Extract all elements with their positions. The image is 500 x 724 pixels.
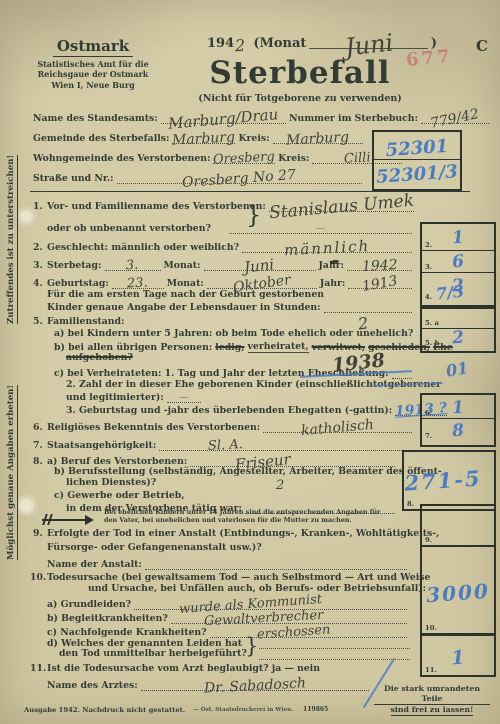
keep-free-note: Die stark umrandeten Teile sind frei zu … xyxy=(374,684,490,716)
standesamt-label: Name des Standesamts: xyxy=(33,113,158,124)
stat-box-5: 5. a 5. b 2 xyxy=(420,307,496,353)
nachfolgende-label: c) Nachfolgende Krankheiten? xyxy=(47,627,207,638)
s4-note2: Kinder genaue Angabe der Lebensdauer in … xyxy=(47,300,415,313)
s10-label2: und Ursache, bei Unfällen auch, ob Beruf… xyxy=(88,583,426,594)
series-letter: C xyxy=(476,37,488,55)
s8-number: 8. xyxy=(33,456,47,467)
office-line2: Reichsgaue der Ostmark xyxy=(26,70,160,80)
s3-monat-label: Monat: xyxy=(164,260,201,271)
s4-jahr-label: Jahr: xyxy=(320,278,346,289)
sterbebuch-label: Nummer im Sterbebuch: xyxy=(289,113,418,124)
kreis2-value: Cilli xyxy=(344,153,371,164)
s4-line: 4. Geburtstag: 23. Monat: Oktober Jahr: … xyxy=(33,276,415,289)
sterbetag-year: 1942 xyxy=(361,260,397,272)
sterbefall-form: Ostmark Statistisches Amt für die Reichs… xyxy=(0,0,500,724)
stat-label-5a: 5. a xyxy=(425,319,439,327)
s3-line: 3. Sterbetag: 3. Monat: Juni Jahr: 1942 xyxy=(33,258,415,271)
monat-label: (Monat xyxy=(253,38,306,49)
s10b-line: b) Begleitkrankheiten? Gewaltverbrecher xyxy=(47,611,410,624)
begleitkrankheiten-label: b) Begleitkrankheiten? xyxy=(47,613,168,624)
s5-number: 5. xyxy=(33,316,47,327)
stat-box-11: 11. 1 xyxy=(420,634,496,677)
code-bottom-value: 52301/3 xyxy=(373,161,460,188)
s11-label1: Ist die Todesursache vom Arzt beglaubigt… xyxy=(47,663,320,674)
s4-number: 4. xyxy=(33,278,47,289)
arzt-label: Name des Arztes: xyxy=(47,680,138,691)
s4-note2-text: Kinder genaue Angabe der Lebensdauer in … xyxy=(47,302,321,313)
stat-value-4-extra: 7/3 xyxy=(435,282,465,304)
strasse-label: Straße und Nr.: xyxy=(33,173,114,184)
strasse-value: Oresberg No 27 xyxy=(182,170,296,188)
standesamt-value: Marburg/Drau xyxy=(168,109,279,129)
s10-line1: 10. Todesursache (bei gewaltsamem Tod — … xyxy=(30,572,413,583)
kreis1-value: Marburg xyxy=(286,132,349,145)
margin-note-bottom: Möglichst genaue Angaben erbeten! xyxy=(6,385,18,560)
arzt-handwritten: Dr. Sabadosch xyxy=(204,678,306,693)
stat-box-10: 10. 3000 xyxy=(420,545,496,635)
s5c3-line: 3. Geburtstag und -jahr des überlebenden… xyxy=(66,403,415,416)
margin-note-top: Zutreffendes ist zu unterstreichen! xyxy=(6,155,18,324)
s9-line3: Name der Anstalt: xyxy=(47,557,410,570)
geburtstag-label: Geburtstag: xyxy=(47,278,109,289)
sterbebuch-value: 779/42 xyxy=(430,109,480,129)
s9-label2: Fürsorge- oder Gefangenenanstalt usw.)? xyxy=(47,542,262,553)
monat-handwritten: Juni xyxy=(344,38,393,53)
stat-box-6-7: 6. 1 7. 8 xyxy=(420,393,496,447)
s11-number: 11. xyxy=(30,663,47,674)
s1-line2: oder ob unbenannt verstorben? — xyxy=(47,221,415,234)
religion-handwritten: katholisch xyxy=(301,420,375,436)
s10d-line2: den Tod unmittelbar herbeigeführt? xyxy=(59,648,247,659)
s8-arrow-note2: den Vater, bei unehelichen und vaterlose… xyxy=(104,517,404,525)
s2-label: Geschlecht: männlich oder weiblich? xyxy=(47,242,239,253)
s7-label: Staatsangehörigkeit: xyxy=(47,440,156,451)
s9-label1: Erfolgte der Tod in einer Anstalt (Entbi… xyxy=(47,528,439,539)
punch-hole xyxy=(17,496,36,515)
s8b-label2: lichen Dienstes)? xyxy=(66,477,156,488)
year-printed: 194 xyxy=(207,38,234,49)
s1-label: Vor- und Familienname des Verstorbenen: xyxy=(47,201,266,212)
registry-row-gemeinde: Gemeinde des Sterbefalls: Marburg Kreis:… xyxy=(33,131,365,144)
s5c2-line2: und legitimierter): — xyxy=(66,390,196,403)
stat-value-5b: 2 xyxy=(421,326,494,351)
s5c3-label: 3. Geburtstag und -jahr des überlebenden… xyxy=(66,405,392,416)
stat-value-8: 271-5 xyxy=(391,464,494,496)
sterbetag-month: Juni xyxy=(244,259,275,272)
registry-row-wohngemeinde: Wohngemeinde des Verstorbenen: Oresberg … xyxy=(33,151,365,164)
s5c2-totgeborener: totgeborener xyxy=(373,379,441,390)
s10-line2: und Ursache, bei Unfällen auch, ob Beruf… xyxy=(88,583,413,594)
office-line3: Wien I, Neue Burg xyxy=(26,81,160,91)
s9-number: 9. xyxy=(33,528,47,539)
s5c2-line1: 2. Zahl der in dieser Ehe geborenen Kind… xyxy=(66,379,415,390)
s9-line1: 9. Erfolgte der Tod in einer Anstalt (En… xyxy=(33,528,413,539)
code-box: 52301 52301/3 xyxy=(372,130,462,191)
keep-free-note-line2: sind frei zu lassen! xyxy=(391,705,474,716)
s5c2-label-c: und legitimierter): xyxy=(66,392,164,403)
geburtstag-day: 23. xyxy=(127,278,148,289)
s11-line2: Name des Arztes: Dr. Sabadosch xyxy=(47,678,372,691)
s5c2-label-a: 2. Zahl der in dieser Ehe geborenen Kind… xyxy=(66,379,373,390)
stat-box-9: 9. xyxy=(420,504,496,547)
stat-label-10: 10. xyxy=(425,624,437,632)
stat-label-8: 8. xyxy=(407,500,414,508)
keep-free-note-line1: Die stark umrandeten Teile xyxy=(374,684,490,705)
s10-number: 10. xyxy=(30,572,47,583)
s1-line1: 1. Vor- und Familienname des Verstorbene… xyxy=(33,199,415,212)
s10a-line: a) Grundleiden? wurde als Kommunist xyxy=(47,597,410,610)
stat-value-2: 1 xyxy=(421,226,494,251)
s7-line: 7. Staatsangehörigkeit: Sl. A. xyxy=(33,438,415,451)
sex-handwritten: männlich xyxy=(284,241,371,255)
kreis2-label: Kreis: xyxy=(278,153,309,164)
year-handwritten: 2 xyxy=(235,41,246,52)
stat-value-6: 1 xyxy=(421,396,494,421)
stat-label-9: 9. xyxy=(425,536,432,544)
footer-printer: — Öst. Staatsdruckerei in Wien. xyxy=(193,706,293,714)
gemeinde-label: Gemeinde des Sterbefalls: xyxy=(33,133,169,144)
s6-label: Religiöses Bekenntnis des Verstorbenen: xyxy=(47,422,260,433)
registry-row-strasse: Straße und Nr.: Oresberg No 27 xyxy=(33,171,365,184)
stat-value-3: 6 xyxy=(421,250,494,275)
wohngemeinde-label: Wohngemeinde des Verstorbenen: xyxy=(33,153,210,164)
s8b-line2: lichen Dienstes)? xyxy=(66,477,398,488)
s4-note1: Für die am ersten Tage nach der Geburt g… xyxy=(47,289,415,300)
form-subtitle: (Nicht für Totgeborene zu verwenden) xyxy=(160,93,440,104)
s7-number: 7. xyxy=(33,440,47,451)
wohngemeinde-value: Oresberg xyxy=(213,152,275,165)
registry-row-standesamt: Name des Standesamts: Marburg/Drau Numme… xyxy=(33,111,492,124)
footer-order-number: 119865 xyxy=(303,706,328,714)
stat-value-11: 1 xyxy=(421,645,494,672)
s1-label2: oder ob unbenannt verstorben? xyxy=(47,223,211,234)
s2-line: 2. Geschlecht: männlich oder weiblich? m… xyxy=(33,240,415,253)
kreis1-label: Kreis: xyxy=(238,133,269,144)
s5c2-dash: — xyxy=(179,393,189,403)
s8c-line1: c) Gewerbe oder Betrieb, xyxy=(54,490,398,501)
s10-label1: Todesursache (bei gewaltsamem Tod — auch… xyxy=(47,572,430,583)
year-month-line: 194 2 (Monat Juni ) xyxy=(207,36,437,49)
anstalt-label: Name der Anstalt: xyxy=(47,559,142,570)
s2-number: 2. xyxy=(33,242,47,253)
issuing-office-block: Ostmark Statistisches Amt für die Reichs… xyxy=(26,36,160,91)
s8b-label1: b) Berufsstellung (selbständig, Angestel… xyxy=(54,466,442,477)
stat-value-7: 8 xyxy=(421,419,494,444)
s5-title: Familienstand: xyxy=(47,316,124,327)
stat-box-8: 8. 271-5 xyxy=(402,450,496,511)
s9-line2: Fürsorge- oder Gefangenenanstalt usw.)? xyxy=(47,542,413,553)
s10d-label2: den Tod unmittelbar herbeigeführt? xyxy=(59,648,247,659)
nationality-handwritten: Sl. A. xyxy=(208,440,243,452)
s4-note1-text: Für die am ersten Tage nach der Geburt g… xyxy=(47,289,324,300)
s1-dash: — xyxy=(316,224,326,234)
form-title: Sterbefall xyxy=(180,55,420,91)
s3-number: 3. xyxy=(33,260,47,271)
s5b-aufgehoben: aufgehoben? xyxy=(66,352,133,363)
s8c-label1: c) Gewerbe oder Betrieb, xyxy=(54,490,185,501)
s4-monat-label: Monat: xyxy=(167,278,204,289)
region-title: Ostmark xyxy=(53,37,133,57)
sterbetag-label: Sterbetag: xyxy=(47,260,102,271)
grundleiden-label: a) Grundleiden? xyxy=(47,599,131,610)
margin-01-annotation: 01 xyxy=(445,358,470,381)
s8-arrow-note: Bei ehelichen Kindern unter 14 Jahren si… xyxy=(104,509,404,524)
s6-number: 6. xyxy=(33,422,47,433)
stat-value-10: 3000 xyxy=(421,579,494,608)
code-top-value: 52301 xyxy=(373,135,460,162)
sterbetag-day: 3. xyxy=(126,261,139,272)
s6-line: 6. Religiöses Bekenntnis des Verstorbene… xyxy=(33,420,415,433)
s8b-line1: b) Berufsstellung (selbständig, Angestel… xyxy=(54,466,398,477)
deceased-name-handwritten: Stanislaus Umek xyxy=(269,196,415,219)
s11-line1: 11. Ist die Todesursache vom Arzt beglau… xyxy=(30,663,413,674)
s10d-fill2 xyxy=(256,647,413,660)
s1-number: 1. xyxy=(33,201,47,212)
gemeinde-value: Marburg xyxy=(172,132,235,145)
footer-edition: Ausgabe 1942. Nachdruck nicht gestattet. xyxy=(24,706,185,714)
footer-imprint: Ausgabe 1942. Nachdruck nicht gestattet.… xyxy=(24,706,354,714)
